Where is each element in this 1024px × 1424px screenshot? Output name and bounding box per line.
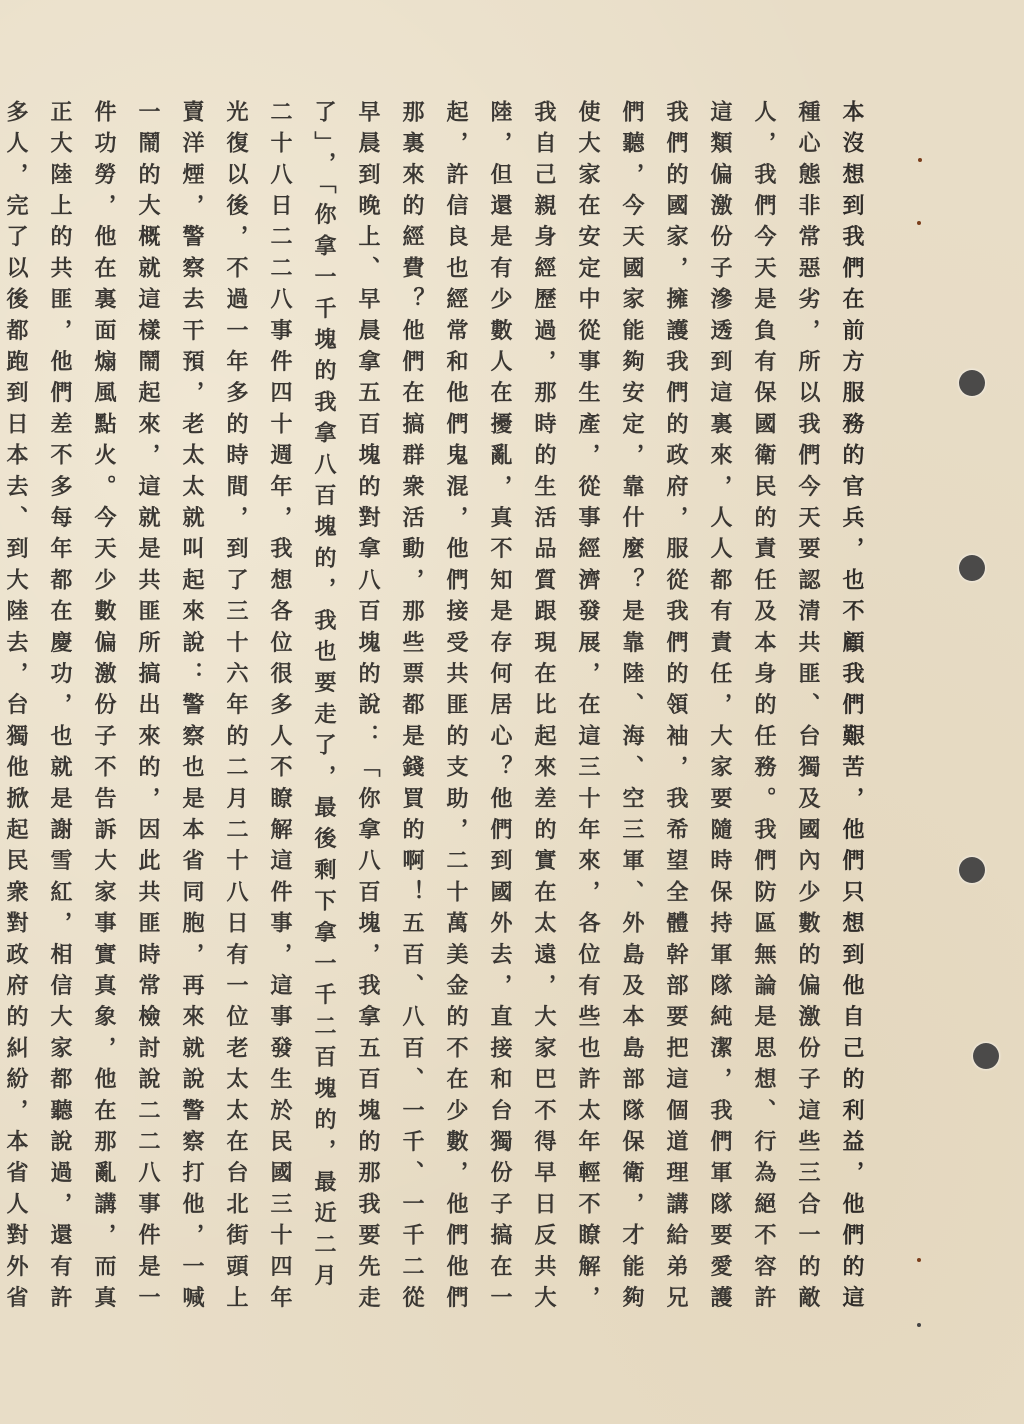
text-column-8: 我自己親身經歷過，那時的生活品質跟現在比起來差的實在太遠，大家巴不得早日反共大 <box>522 100 566 1310</box>
text-column-14: 二十八日二二八事件四十週年，我想各位很多人不瞭解這件事，這事發生於民國三十四年 <box>258 100 302 1310</box>
text-column-11: 那裏來的經費？他們在搞群衆活動，那些票都是錢買的啊！五百、八百、一千、一千二從 <box>390 100 434 1310</box>
text-column-17: 一鬧的大概就這樣鬧起來，這就是共匪所搞出來的，因此共匪時常檢討說二二八事件是一 <box>126 100 170 1310</box>
text-column-3: 人，我們今天是負有保國衛民的責任及本身的任務。我們防區無論是思想、行為絕不容許 <box>742 100 786 1310</box>
text-column-9: 陸，但還是有少數人在擾亂，真不知是存何居心？他們到國外去，直接和台獨份子搞在一 <box>478 100 522 1310</box>
paper-speck <box>917 221 921 225</box>
text-column-18: 件功勞，他在裏面煽風點火。今天少數偏激份子不告訴大家事實真象，他在那亂講，而真 <box>82 100 126 1310</box>
text-column-20: 多人，完了以後都跑到日本去、到大陸去，台獨他掀起民衆對政府的糾紛，本省人對外省 <box>0 100 38 1310</box>
text-column-5: 我們的國家，擁護我們的政府，服從我們的領袖，我希望全體幹部要把這個道理講給弟兄 <box>654 100 698 1310</box>
paper-speck <box>918 158 922 162</box>
text-column-19: 正大陸上的共匪，他們差不多每年都在慶功，也就是謝雪紅，相信大家都聽說過，還有許 <box>38 100 82 1310</box>
text-column-16: 賣洋煙，警察去干預，老太太就叫起來說：警察也是本省同胞，再來就說警察打他，一喊 <box>170 100 214 1310</box>
text-column-7: 使大家在安定中從事生產，從事經濟發展，在這三十年來，各位有些也許太年輕不瞭解， <box>566 100 610 1310</box>
document-page: 本沒想到我們在前方服務的官兵，也不顧我們艱苦，他們只想到他自己的利益，他們的這 … <box>0 0 1024 1424</box>
punch-hole-1 <box>959 370 985 396</box>
text-column-15: 光復以後，不過一年多的時間，到了三十六年的二月二十八日有一位老太太在台北街頭上 <box>214 100 258 1310</box>
text-column-2: 種心態非常惡劣，所以我們今天要認清共匪、台獨及國內少數的偏激份子這些三合一的敵 <box>786 100 830 1310</box>
text-column-10: 起，許信良也經常和他們鬼混，他們接受共匪的支助，二十萬美金的不在少數，他們他們 <box>434 100 478 1310</box>
text-column-1: 本沒想到我們在前方服務的官兵，也不顧我們艱苦，他們只想到他自己的利益，他們的這 <box>830 100 874 1310</box>
text-column-6: 們聽，今天國家能夠安定，靠什麼？是靠陸、海、空三軍、外島及本島部隊保衛，才能夠 <box>610 100 654 1310</box>
text-column-12: 早晨到晚上、早晨拿五百塊的對拿八百塊的說：「你拿八百塊，我拿五百塊的那我要先走 <box>346 100 390 1310</box>
punch-hole-2 <box>959 555 985 581</box>
punch-hole-4 <box>973 1043 999 1069</box>
text-column-13: 了」，「你拿一千塊的我拿八百塊的，我也要走了，最後剩下拿一千二百塊的，最近二月 <box>302 100 346 1310</box>
paper-speck <box>917 1323 921 1327</box>
vertical-text-body: 本沒想到我們在前方服務的官兵，也不顧我們艱苦，他們只想到他自己的利益，他們的這 … <box>0 100 874 1310</box>
text-column-4: 這類偏激份子滲透到這裏來，人人都有責任，大家要隨時保持軍隊純潔，我們軍隊要愛護 <box>698 100 742 1310</box>
paper-speck <box>917 1258 921 1262</box>
punch-hole-3 <box>959 857 985 883</box>
